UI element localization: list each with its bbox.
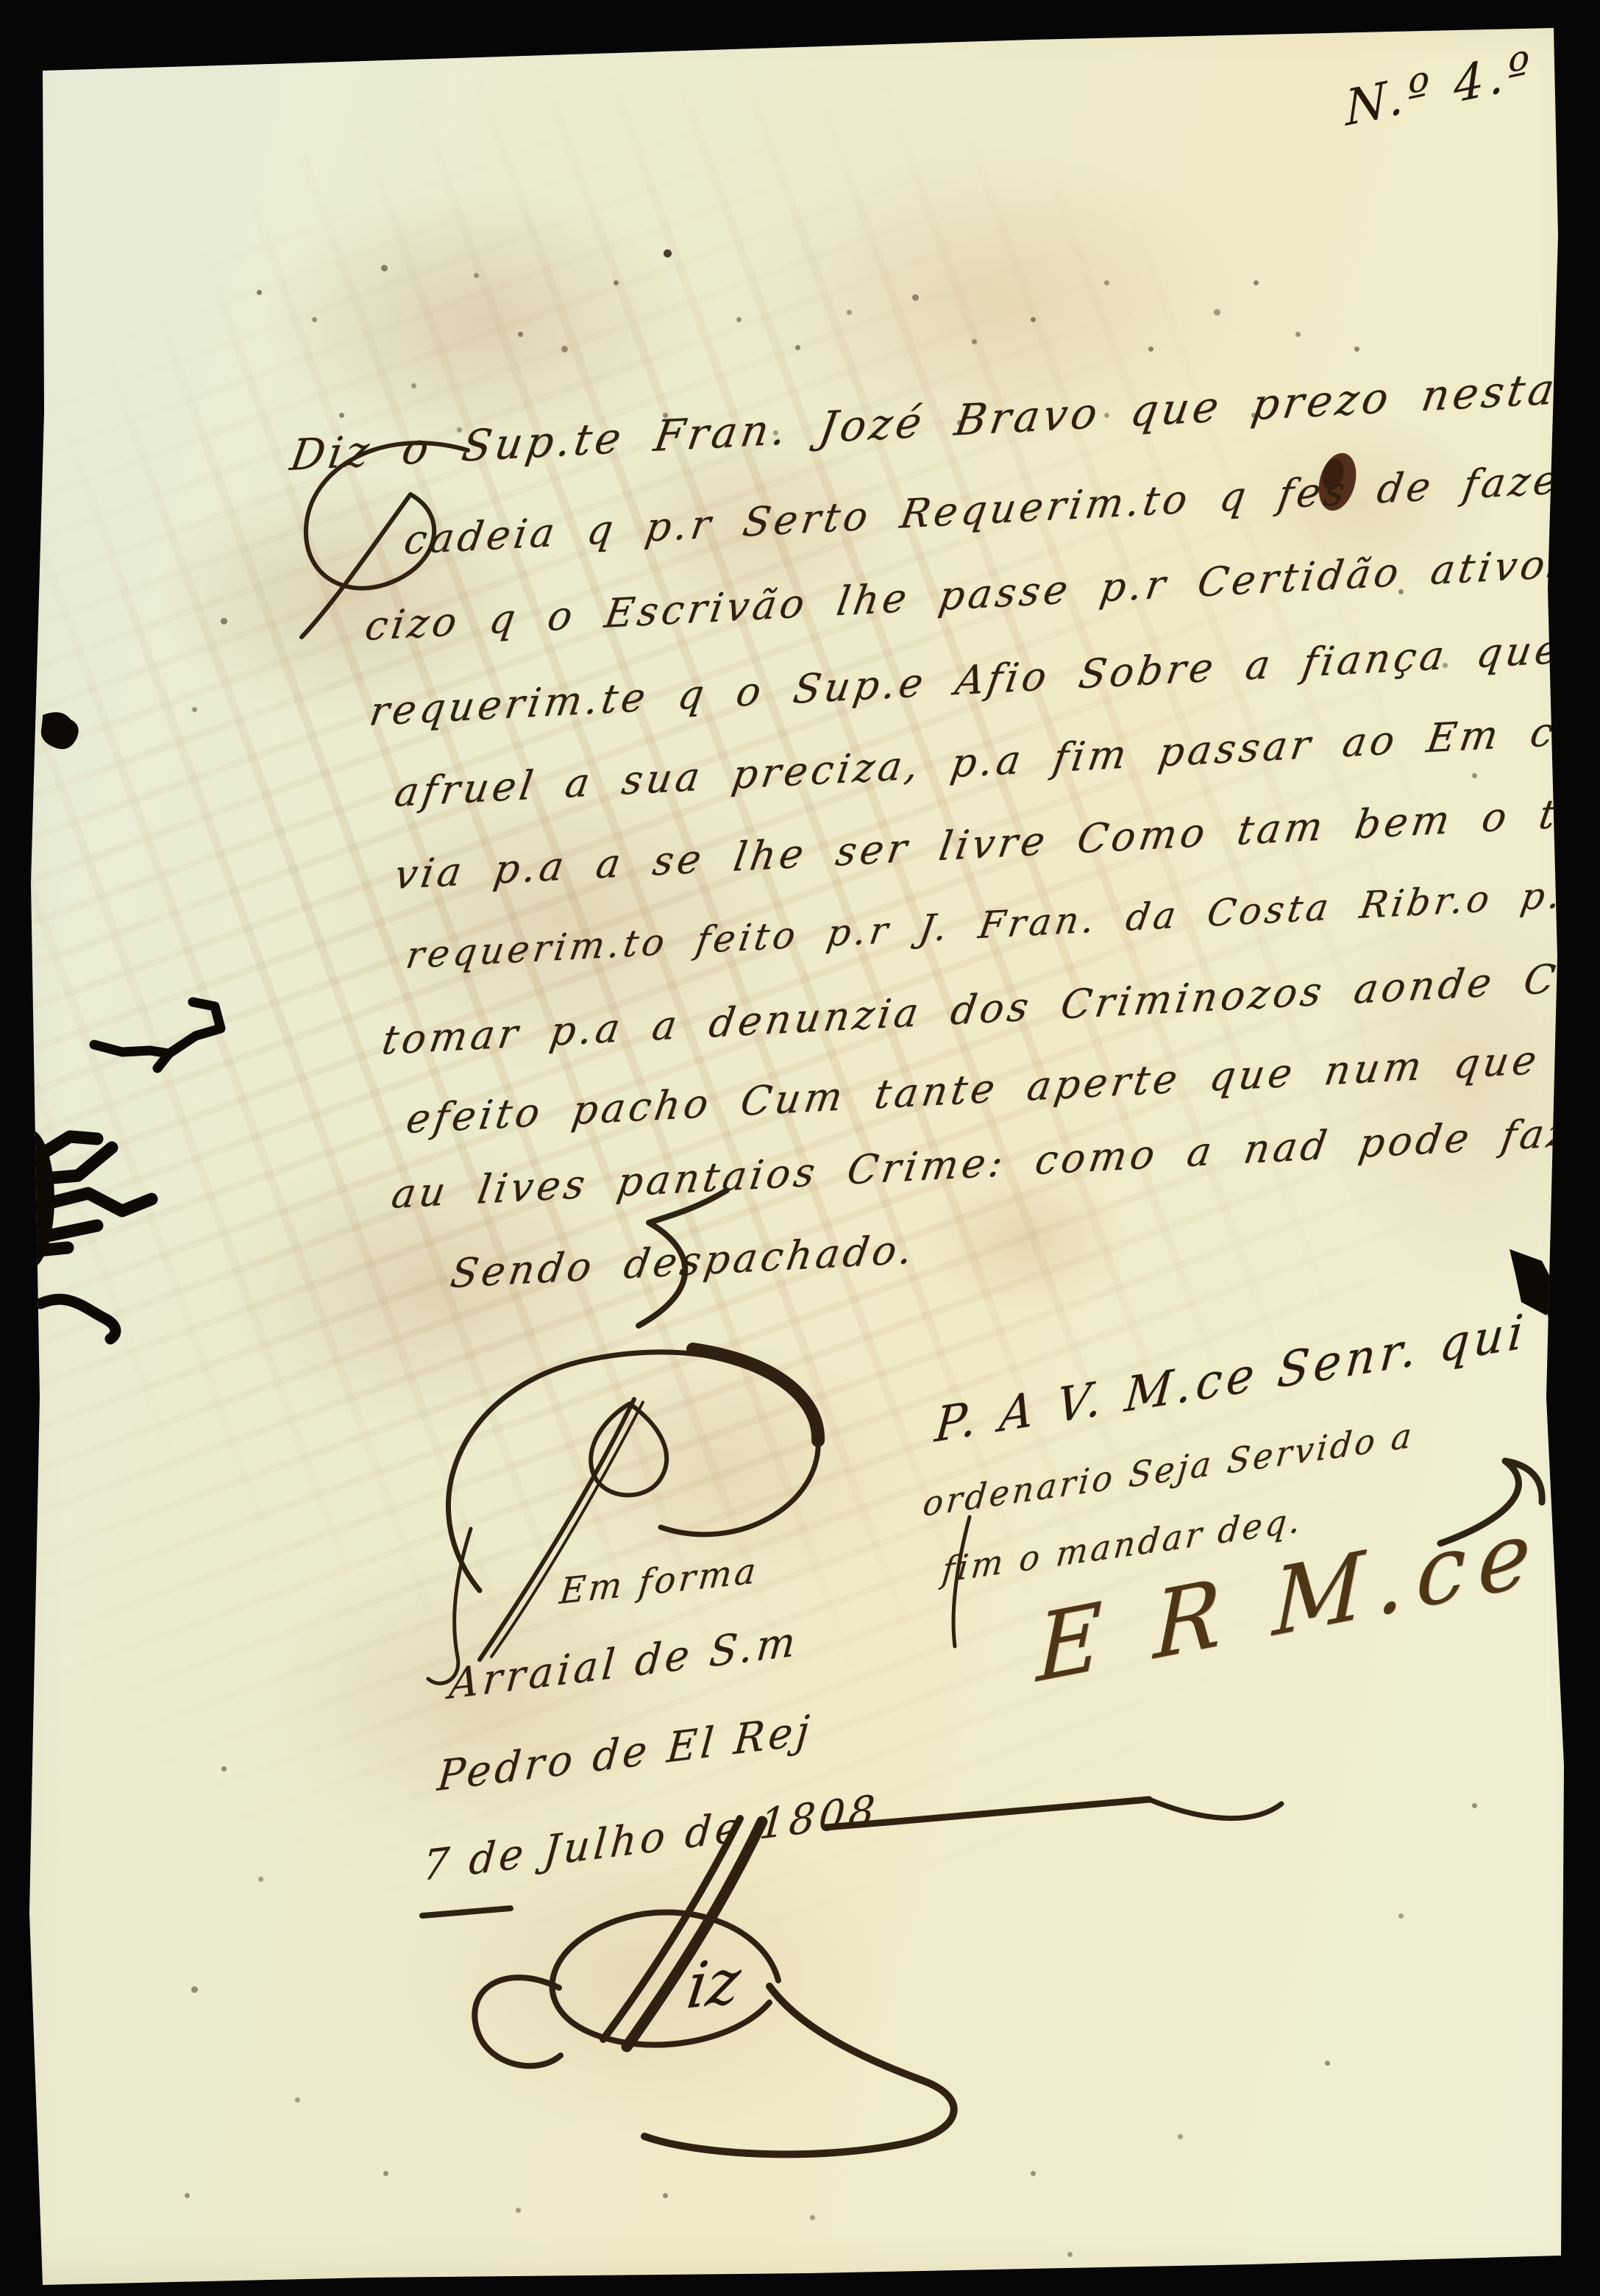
ink-specks (0, 0, 4, 4)
day-underline (422, 1908, 511, 1916)
ink-blot-left-edge (4, 1129, 54, 1269)
attestation-date-line: 7 de Julho de 1808 (421, 1786, 881, 1891)
manuscript-line: Diz o Sup.te Fran. Jozé Bravo que prezo … (287, 363, 1562, 480)
despacho-p-inner-loop (480, 1399, 666, 1660)
rubric-letters: iz (683, 1944, 745, 2023)
ink-blot-branch (94, 1002, 221, 1068)
rubric-left-curl (474, 1977, 561, 2066)
ink-blot-small (41, 712, 79, 749)
attestation-line: Arraial de S.m (447, 1617, 801, 1709)
manuscript-page: N.º 4.º Diz o Sup.te Fran. Jozé Bravo qu… (0, 0, 1600, 2296)
date-swoosh (1149, 1799, 1281, 1819)
despacho-p-tail (491, 1402, 643, 1657)
despacho-p-flourish-thick (693, 1349, 818, 1440)
folio-number: N.º 4.º (1345, 40, 1536, 138)
attestation-line: Pedro de El Rej (435, 1706, 814, 1801)
despacho-p-flourish (448, 1352, 818, 1591)
manuscript-line: cadeia q p.r Serto Requerim.to q fes de … (401, 449, 1600, 564)
ink-blot-cluster (22, 1137, 152, 1252)
attestation-line: Em forma (558, 1550, 761, 1613)
ink-blot-squiggle (40, 1299, 115, 1339)
petition-close-line: P. A V. M.ce Senr. qui (933, 1304, 1529, 1454)
rubric-oval (552, 1912, 778, 2044)
manuscript-closing-line: Sendo despachado. (447, 1226, 920, 1297)
photograph-background: N.º 4.º Diz o Sup.te Fran. Jozé Bravo qu… (0, 0, 1600, 2296)
